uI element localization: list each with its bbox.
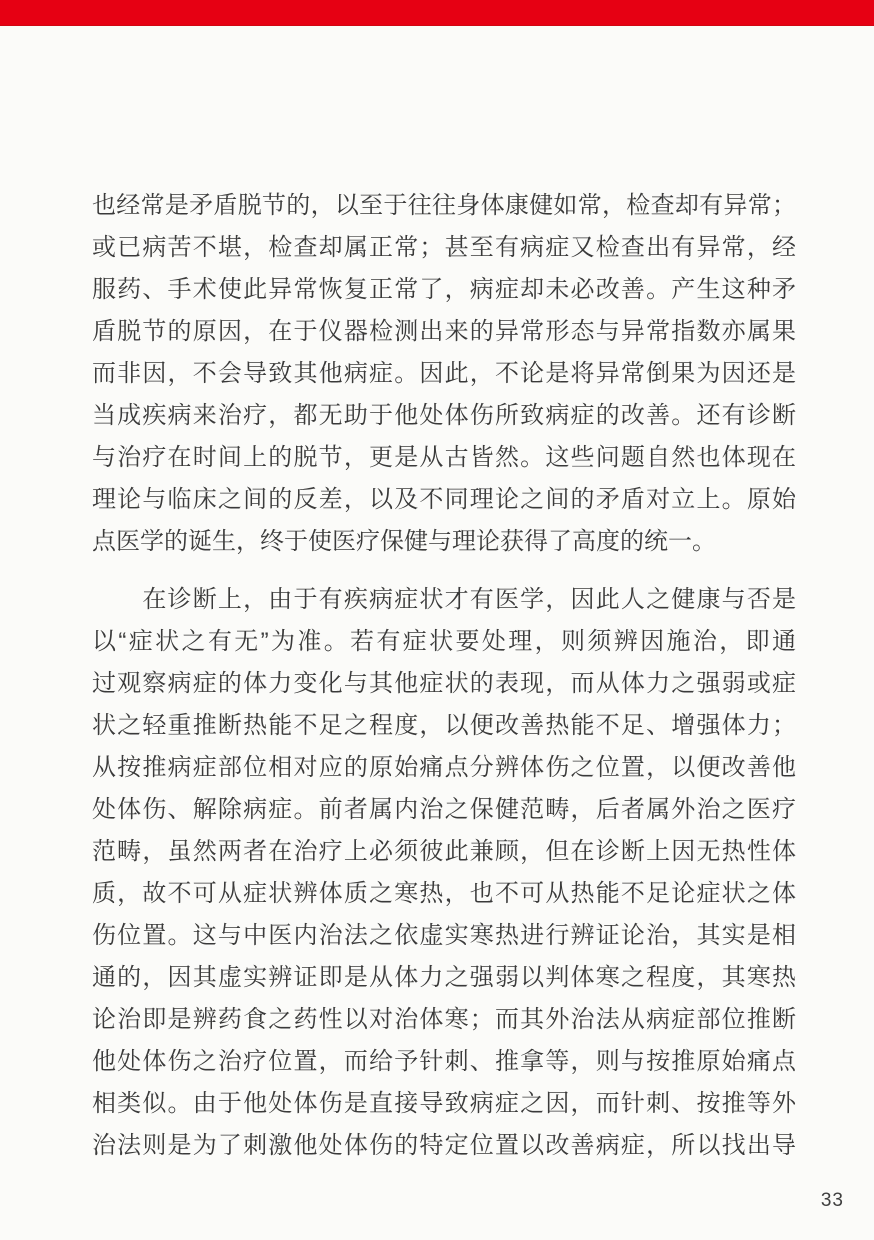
- text-line: 治法则是为了刺激他处体伤的特定位置以改善病症，所以找出导: [92, 1125, 796, 1167]
- text-line: 相类似。由于他处体伤是直接导致病症之因，而针刺、按推等外: [92, 1083, 796, 1125]
- text-line: 质，故不可从症状辨体质之寒热，也不可从热能不足论症状之体: [92, 873, 796, 915]
- paragraph: 也经常是矛盾脱节的，以至于往往身体康健如常，检查却有异常；或已病苦不堪，检查却属…: [92, 185, 796, 563]
- text-line: 在诊断上，由于有疾病症状才有医学，因此人之健康与否是: [92, 579, 796, 621]
- text-line: 通的，因其虚实辨证即是从体力之强弱以判体寒之程度，其寒热: [92, 957, 796, 999]
- text-line: 状之轻重推断热能不足之程度，以便改善热能不足、增强体力；: [92, 705, 796, 747]
- text-line: 当成疾病来治疗，都无助于他处体伤所致病症的改善。还有诊断: [92, 395, 796, 437]
- text-line: 以“症状之有无”为准。若有症状要处理，则须辨因施治，即通: [92, 621, 796, 663]
- body-text: 也经常是矛盾脱节的，以至于往往身体康健如常，检查却有异常；或已病苦不堪，检查却属…: [92, 185, 796, 1167]
- text-line: 也经常是矛盾脱节的，以至于往往身体康健如常，检查却有异常；: [92, 185, 796, 227]
- text-line: 服药、手术使此异常恢复正常了，病症却未必改善。产生这种矛: [92, 269, 796, 311]
- text-line: 从按推病症部位相对应的原始痛点分辨体伤之位置，以便改善他: [92, 747, 796, 789]
- text-line: 而非因，不会导致其他病症。因此，不论是将异常倒果为因还是: [92, 353, 796, 395]
- header-bar: [0, 0, 874, 26]
- text-line: 与治疗在时间上的脱节，更是从古皆然。这些问题自然也体现在: [92, 437, 796, 479]
- text-line: 盾脱节的原因，在于仪器检测出来的异常形态与异常指数亦属果: [92, 311, 796, 353]
- page-number: 33: [821, 1190, 844, 1212]
- text-line: 范畴，虽然两者在治疗上必须彼此兼顾，但在诊断上因无热性体: [92, 831, 796, 873]
- text-line: 或已病苦不堪，检查却属正常；甚至有病症又检查出有异常，经: [92, 227, 796, 269]
- text-line: 伤位置。这与中医内治法之依虚实寒热进行辨证论治，其实是相: [92, 915, 796, 957]
- book-page: 也经常是矛盾脱节的，以至于往往身体康健如常，检查却有异常；或已病苦不堪，检查却属…: [0, 0, 874, 1240]
- text-line: 他处体伤之治疗位置，而给予针刺、推拿等，则与按推原始痛点: [92, 1041, 796, 1083]
- text-line: 过观察病症的体力变化与其他症状的表现，而从体力之强弱或症: [92, 663, 796, 705]
- text-line: 点医学的诞生，终于使医疗保健与理论获得了高度的统一。: [92, 521, 796, 563]
- text-line: 理论与临床之间的反差，以及不同理论之间的矛盾对立上。原始: [92, 479, 796, 521]
- paragraph: 在诊断上，由于有疾病症状才有医学，因此人之健康与否是以“症状之有无”为准。若有症…: [92, 579, 796, 1167]
- text-line: 处体伤、解除病症。前者属内治之保健范畴，后者属外治之医疗: [92, 789, 796, 831]
- text-line: 论治即是辨药食之药性以对治体寒；而其外治法从病症部位推断: [92, 999, 796, 1041]
